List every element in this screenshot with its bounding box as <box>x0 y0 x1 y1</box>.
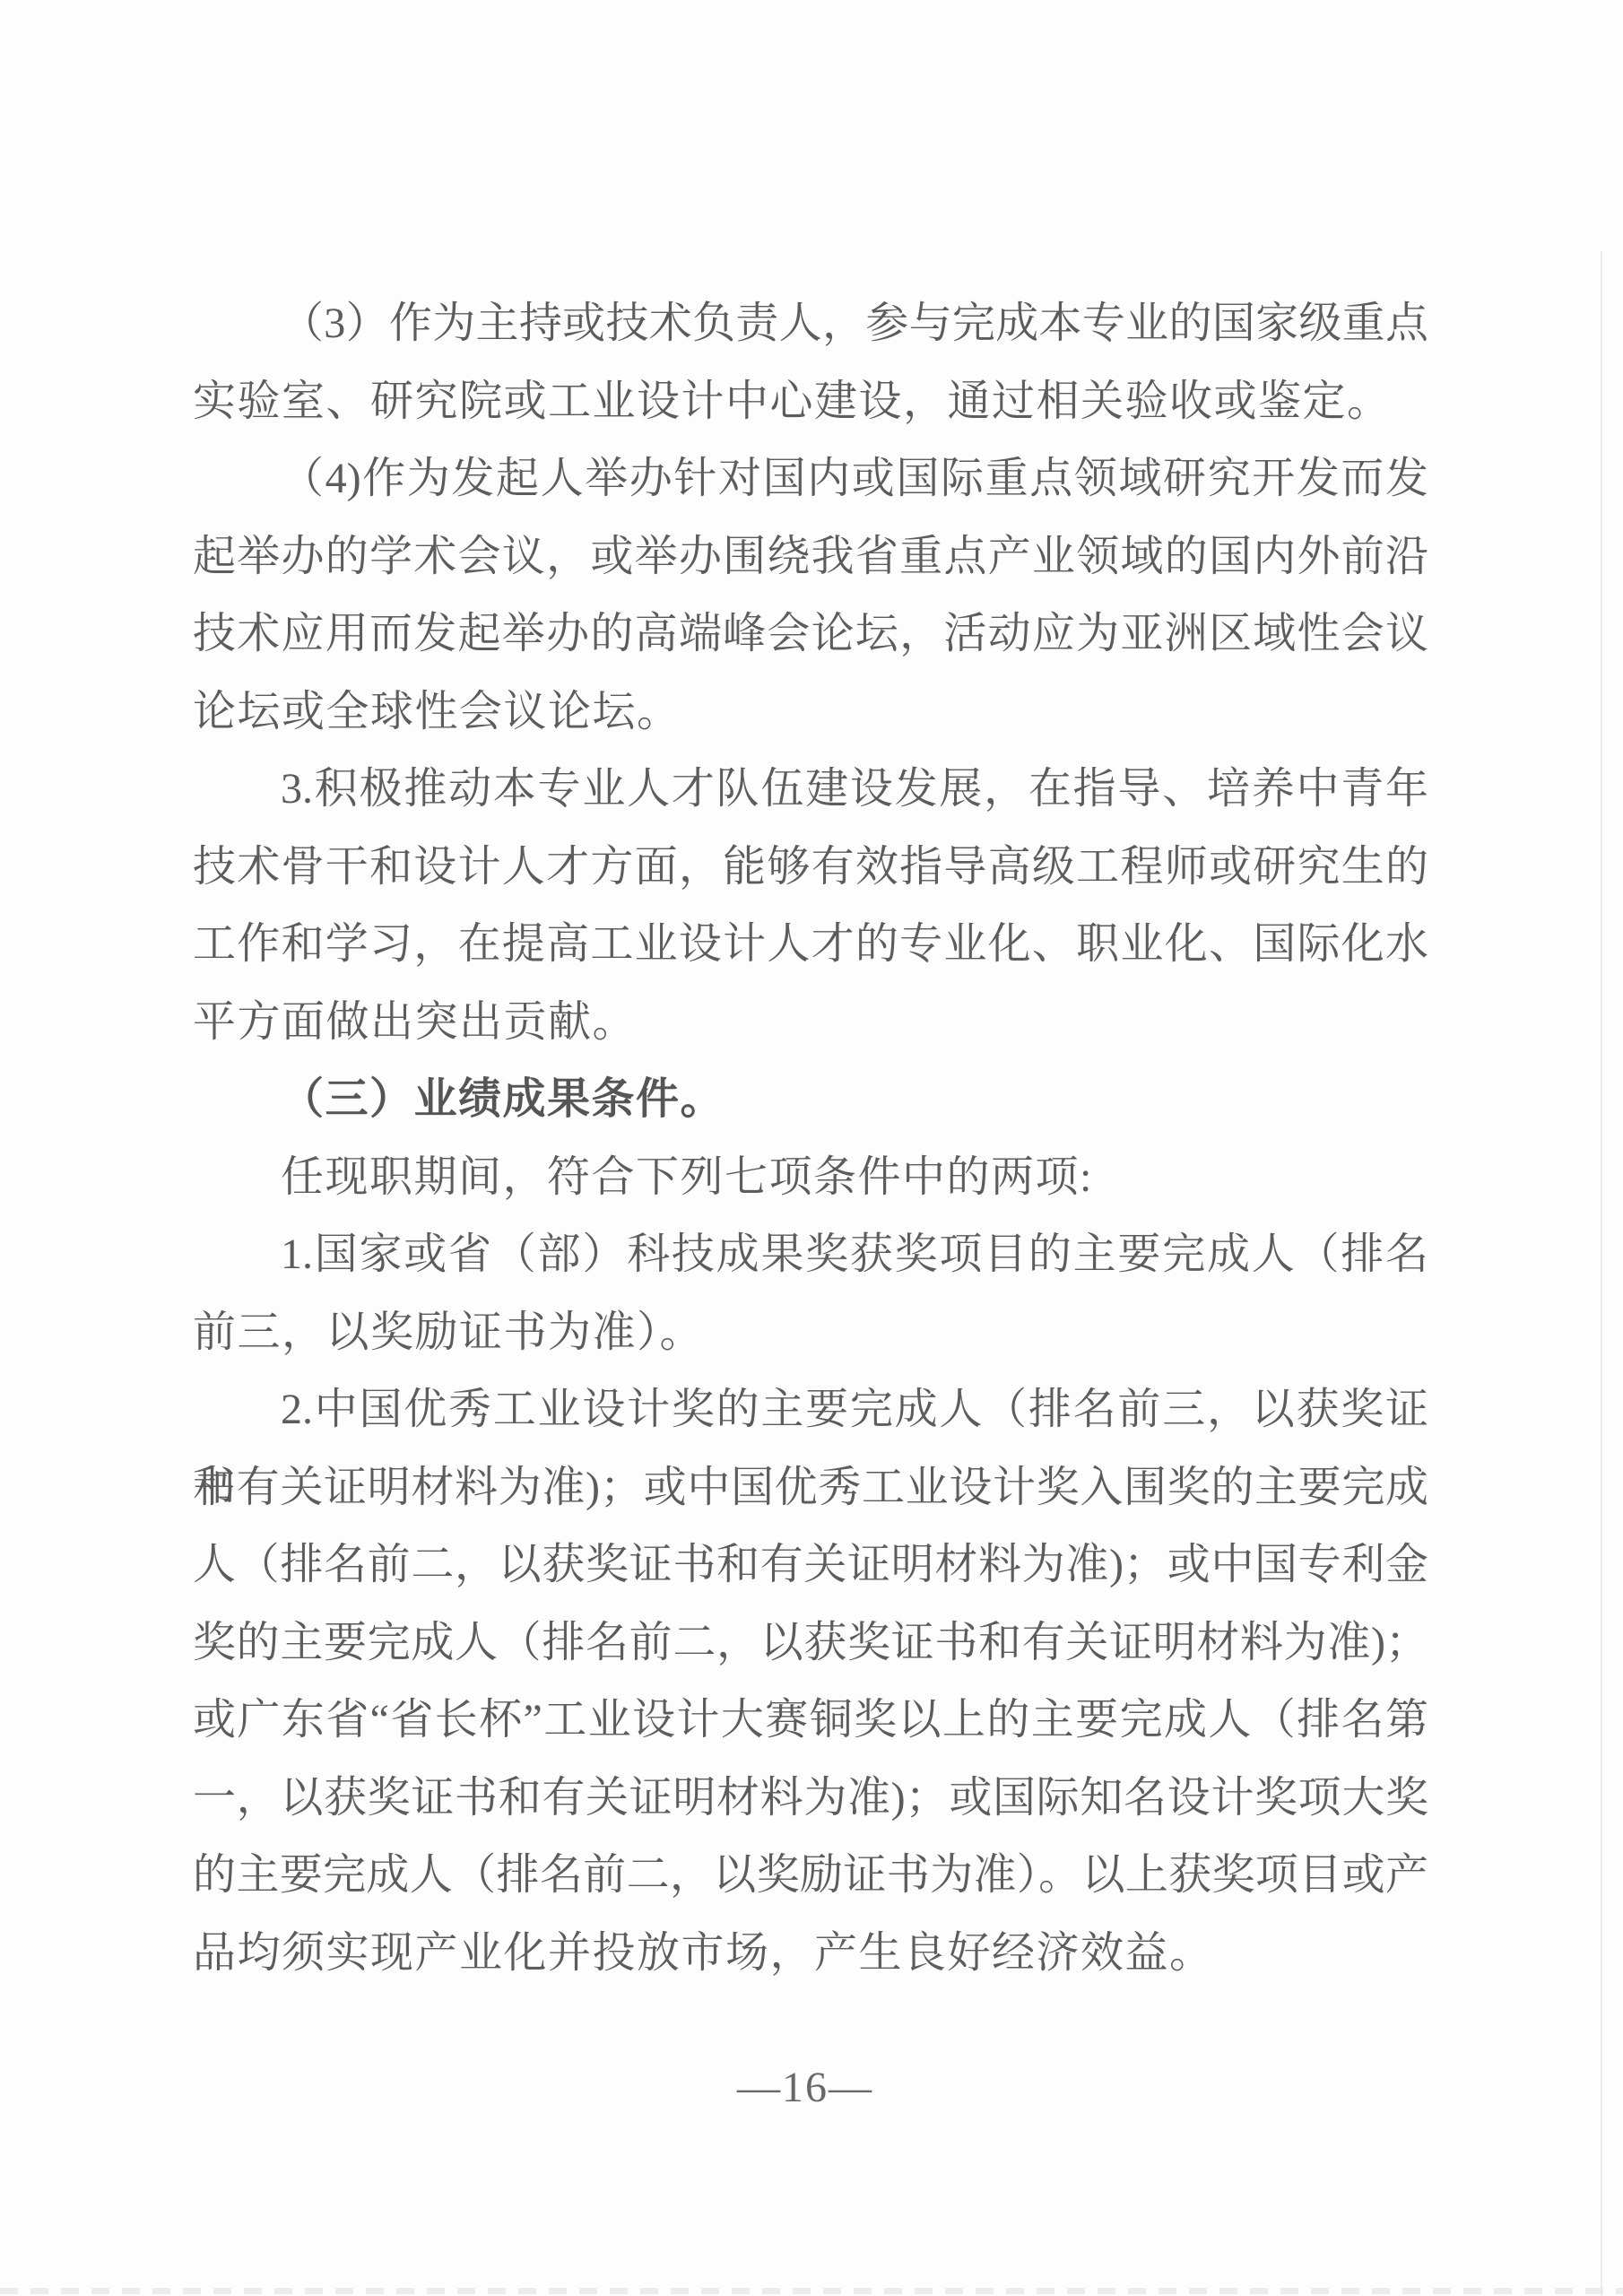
text-line: 1.国家或省（部）科技成果奖获奖项目的主要完成人（排名 <box>193 1216 1428 1294</box>
text-line: 技术骨干和设计人才方面，能够有效指导高级工程师或研究生的 <box>193 829 1428 907</box>
text-line: 工作和学习，在提高工业设计人才的专业化、职业化、国际化水 <box>193 906 1428 984</box>
text-line: 奖的主要完成人（排名前二，以获奖证书和有关证明材料为准)； <box>193 1605 1428 1683</box>
text-line: 论坛或全球性会议论坛。 <box>193 674 1428 752</box>
scan-bottom-artifact <box>0 2288 1623 2294</box>
text-line: 和有关证明材料为准)；或中国优秀工业设计奖入围奖的主要完成 <box>193 1449 1428 1527</box>
text-line: 平方面做出突出贡献。 <box>193 984 1428 1062</box>
text-line: 3.积极推动本专业人才队伍建设发展，在指导、培养中青年 <box>193 751 1428 829</box>
text-line: 一，以获奖证书和有关证明材料为准)；或国际知名设计奖项大奖 <box>193 1760 1428 1838</box>
text-line: （4)作为发起人举办针对国内或国际重点领域研究开发而发 <box>193 440 1428 518</box>
text-line: 品均须实现产业化并投放市场，产生良好经济效益。 <box>193 1915 1428 1993</box>
text-line: 前三，以奖励证书为准）。 <box>193 1294 1428 1372</box>
text-line: 的主要完成人（排名前二，以奖励证书为准）。以上获奖项目或产 <box>193 1837 1428 1915</box>
text-line: 人（排名前二，以获奖证书和有关证明材料为准)；或中国专利金 <box>193 1526 1428 1605</box>
text-line: （3）作为主持或技术负责人，参与完成本专业的国家级重点 <box>193 285 1428 363</box>
text-line: 起举办的学术会议，或举办围绕我省重点产业领域的国内外前沿 <box>193 518 1428 596</box>
text-line: 或广东省“省长杯”工业设计大赛铜奖以上的主要完成人（排名第 <box>193 1682 1428 1760</box>
document-page: （3）作为主持或技术负责人，参与完成本专业的国家级重点实验室、研究院或工业设计中… <box>0 0 1623 2296</box>
scan-edge-artifact <box>1601 251 1602 2296</box>
text-line: 任现职期间，符合下列七项条件中的两项: <box>193 1139 1428 1217</box>
text-line: 实验室、研究院或工业设计中心建设，通过相关验收或鉴定。 <box>193 363 1428 441</box>
text-line: 2.中国优秀工业设计奖的主要完成人（排名前三，以获奖证书 <box>193 1371 1428 1449</box>
text-line: 技术应用而发起举办的高端峰会论坛，活动应为亚洲区域性会议 <box>193 596 1428 674</box>
page-number: —16— <box>0 2061 1610 2115</box>
document-body: （3）作为主持或技术负责人，参与完成本专业的国家级重点实验室、研究院或工业设计中… <box>193 285 1428 1992</box>
text-line: （三）业绩成果条件。 <box>193 1061 1428 1139</box>
